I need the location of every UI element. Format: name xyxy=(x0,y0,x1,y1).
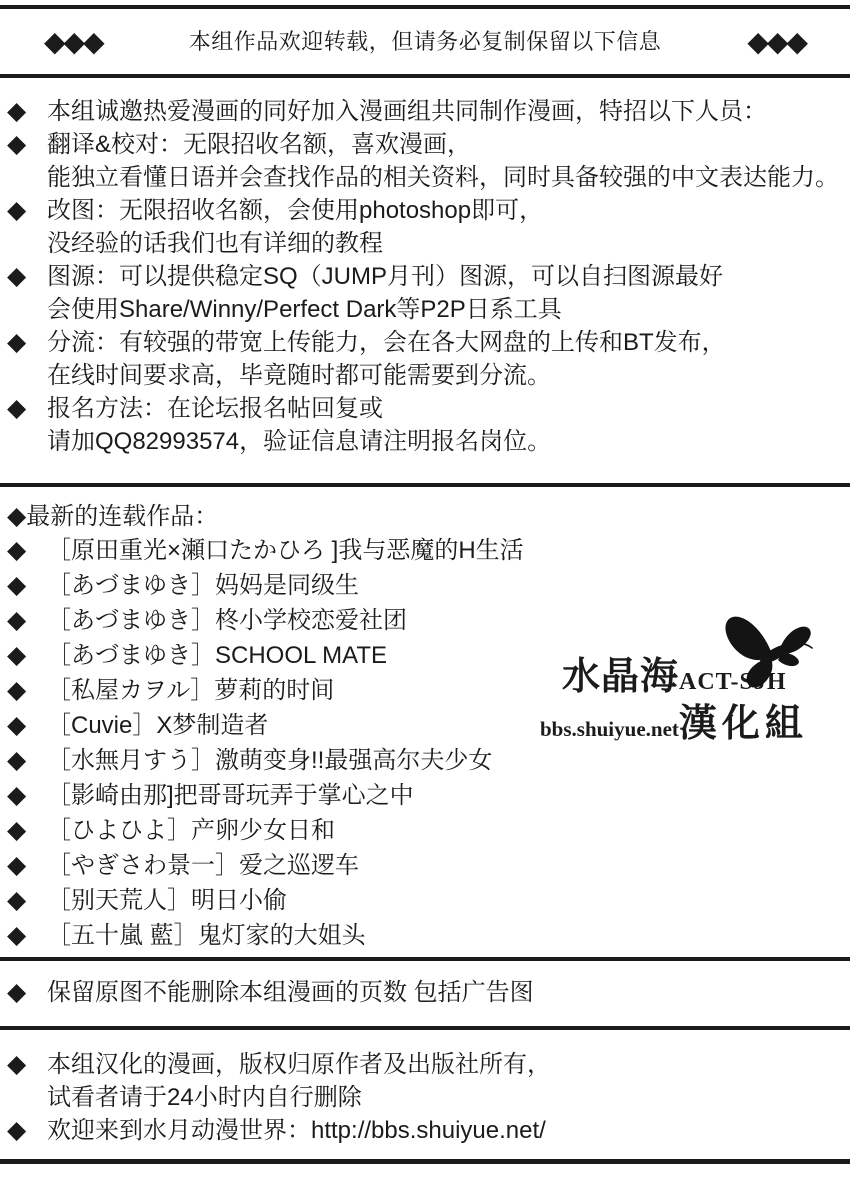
work-title: ［あづまゆき］妈妈是同级生 xyxy=(47,572,359,599)
notice-section: ◆保留原图不能删除本组漫画的页数 包括广告图 xyxy=(0,975,850,1010)
diamond-bullet: ◆ xyxy=(7,813,47,847)
group-suffix: 漢化組 xyxy=(679,692,808,747)
work-title: ［あづまゆき］柊小学校恋爱社团 xyxy=(47,607,407,634)
copyright-line: ◆试看者请于24小时内自行删除 xyxy=(0,1081,850,1114)
recruitment-text: 没经验的话我们也有详细的教程 xyxy=(47,230,383,257)
copyright-text: 本组汉化的漫画，版权归原作者及出版社所有， xyxy=(47,1051,551,1078)
copyright-section: ◆本组汉化的漫画，版权归原作者及出版社所有， ◆试看者请于24小时内自行删除 ◆… xyxy=(0,1048,850,1147)
works-heading: ◆最新的连载作品： xyxy=(7,499,218,534)
diamond-bullet: ◆ xyxy=(7,638,47,672)
diamond-bullet: ◆ xyxy=(7,392,47,425)
recruitment-line: ◆本组诚邀热爱漫画的同好加入漫画组共同制作漫画，特招以下人员： xyxy=(0,95,850,128)
work-title: ［やぎさわ景一］爱之巡逻车 xyxy=(47,852,359,879)
recruitment-text: 报名方法：在论坛报名帖回复或 xyxy=(47,395,383,422)
credits-page: ◆◆◆ 本组作品欢迎转载，但请务必复制保留以下信息 ◆◆◆ ◆本组诚邀热爱漫画的… xyxy=(0,0,850,1200)
recruitment-line: ◆会使用Share/Winny/Perfect Dark等P2P日系工具 xyxy=(0,293,850,326)
diamond-bullet: ◆ xyxy=(7,260,47,293)
header: ◆◆◆ 本组作品欢迎转载，但请务必复制保留以下信息 ◆◆◆ xyxy=(0,22,850,62)
work-title: ［五十嵐 藍］鬼灯家的大姐头 xyxy=(47,922,366,949)
diamond-bullet: ◆ xyxy=(7,883,47,917)
recruitment-line: ◆图源：可以提供稳定SQ（JUMP月刊）图源，可以自扫图源最好 xyxy=(0,260,850,293)
copyright-line: ◆欢迎来到水月动漫世界：http://bbs.shuiyue.net/ xyxy=(0,1114,850,1147)
works-list-item: ◆［影崎由那]把哥哥玩弄于掌心之中 xyxy=(0,778,850,813)
logo-row-2: bbs.shuiyue.net漢化組 xyxy=(540,692,820,747)
copyright-text: 试看者请于24小时内自行删除 xyxy=(47,1084,362,1111)
copyright-line: ◆本组汉化的漫画，版权归原作者及出版社所有， xyxy=(0,1048,850,1081)
diamond-bullet: ◆ xyxy=(7,128,47,161)
divider-copyright-top xyxy=(0,1026,850,1030)
work-title: ［别天荒人］明日小偷 xyxy=(47,887,287,914)
recruitment-text: 图源：可以提供稳定SQ（JUMP月刊）图源，可以自扫图源最好 xyxy=(47,263,723,290)
diamond-bullet: ◆ xyxy=(7,918,47,952)
works-heading-text: 最新的连载作品： xyxy=(26,503,218,530)
diamond-bullet: ◆ xyxy=(7,568,47,602)
divider-header-bottom xyxy=(0,74,850,78)
work-title: ［水無月すう］激萌变身!!最强高尔夫少女 xyxy=(47,747,492,774)
diamond-bullet: ◆ xyxy=(7,326,47,359)
divider-top xyxy=(0,5,850,9)
diamond-bullet: ◆ xyxy=(7,1114,47,1147)
works-list-item: ◆［やぎさわ景一］爱之巡逻车 xyxy=(0,848,850,883)
works-list-item: ◆［原田重光×瀬口たかひろ ]我与恶魔的H生活 xyxy=(0,533,850,568)
recruitment-section: ◆本组诚邀热爱漫画的同好加入漫画组共同制作漫画，特招以下人员： ◆翻译&校对：无… xyxy=(0,95,850,458)
work-title: ［原田重光×瀬口たかひろ ]我与恶魔的H生活 xyxy=(47,537,524,564)
recruitment-line: ◆报名方法：在论坛报名帖回复或 xyxy=(0,392,850,425)
recruitment-line: ◆能独立看懂日语并会查找作品的相关资料，同时具备较强的中文表达能力。 xyxy=(0,161,850,194)
works-list-item: ◆［水無月すう］激萌变身!!最强高尔夫少女 xyxy=(0,743,850,778)
diamond-ornament-right: ◆◆◆ xyxy=(747,22,806,62)
recruitment-line: ◆请加QQ82993574，验证信息请注明报名岗位。 xyxy=(0,425,850,458)
diamond-bullet: ◆ xyxy=(7,778,47,812)
divider-works-top xyxy=(0,483,850,487)
recruitment-text: 改图：无限招收名额，会使用photoshop即可， xyxy=(47,197,543,224)
notice-line: ◆保留原图不能删除本组漫画的页数 包括广告图 xyxy=(0,975,850,1010)
divider-notice-top xyxy=(0,957,850,961)
recruitment-text: 本组诚邀热爱漫画的同好加入漫画组共同制作漫画，特招以下人员： xyxy=(47,98,767,125)
works-list-item: ◆［别天荒人］明日小偷 xyxy=(0,883,850,918)
notice-text: 保留原图不能删除本组漫画的页数 包括广告图 xyxy=(47,979,534,1006)
diamond-bullet: ◆ xyxy=(7,743,47,777)
diamond-bullet: ◆ xyxy=(7,1048,47,1081)
works-list-item: ◆［五十嵐 藍］鬼灯家的大姐头 xyxy=(0,918,850,953)
divider-bottom xyxy=(0,1159,850,1164)
diamond-ornament-left: ◆◆◆ xyxy=(44,22,103,62)
recruitment-line: ◆分流：有较强的带宽上传能力，会在各大网盘的上传和BT发布， xyxy=(0,326,850,359)
work-title: ［Cuvie］X梦制造者 xyxy=(47,712,268,739)
recruitment-text: 会使用Share/Winny/Perfect Dark等P2P日系工具 xyxy=(47,296,562,323)
butterfly-icon xyxy=(718,608,818,696)
recruitment-text: 分流：有较强的带宽上传能力，会在各大网盘的上传和BT发布， xyxy=(47,329,726,356)
recruitment-line: ◆改图：无限招收名额，会使用photoshop即可， xyxy=(0,194,850,227)
work-title: ［あづまゆき］SCHOOL MATE xyxy=(47,642,387,669)
work-title: ［私屋カヲル］萝莉的时间 xyxy=(47,677,334,704)
recruitment-text: 请加QQ82993574，验证信息请注明报名岗位。 xyxy=(47,428,551,455)
diamond-bullet: ◆ xyxy=(7,708,47,742)
page-title: 本组作品欢迎转载，但请务必复制保留以下信息 xyxy=(189,22,662,62)
group-site-url: bbs.shuiyue.net xyxy=(540,717,679,742)
diamond-bullet: ◆ xyxy=(7,502,26,530)
works-list-item: ◆［ひよひよ］产卵少女日和 xyxy=(0,813,850,848)
recruitment-line: ◆翻译&校对：无限招收名额，喜欢漫画， xyxy=(0,128,850,161)
diamond-bullet: ◆ xyxy=(7,975,47,1009)
diamond-bullet: ◆ xyxy=(7,533,47,567)
diamond-bullet: ◆ xyxy=(7,673,47,707)
diamond-bullet: ◆ xyxy=(7,603,47,637)
diamond-bullet: ◆ xyxy=(7,194,47,227)
copyright-text: 欢迎来到水月动漫世界：http://bbs.shuiyue.net/ xyxy=(47,1117,546,1144)
recruitment-line: ◆没经验的话我们也有详细的教程 xyxy=(0,227,850,260)
recruitment-text: 在线时间要求高，毕竟随时都可能需要到分流。 xyxy=(47,362,551,389)
recruitment-text: 能独立看懂日语并会查找作品的相关资料，同时具备较强的中文表达能力。 xyxy=(47,164,839,191)
work-title: ［ひよひよ］产卵少女日和 xyxy=(47,817,335,844)
diamond-bullet: ◆ xyxy=(7,848,47,882)
recruitment-text: 翻译&校对：无限招收名额，喜欢漫画， xyxy=(47,131,471,158)
works-list-item: ◆［あづまゆき］妈妈是同级生 xyxy=(0,568,850,603)
work-title: ［影崎由那]把哥哥玩弄于掌心之中 xyxy=(47,782,414,809)
group-name: 水晶海 xyxy=(562,645,679,700)
diamond-bullet: ◆ xyxy=(7,95,47,128)
recruitment-line: ◆在线时间要求高，毕竟随时都可能需要到分流。 xyxy=(0,359,850,392)
